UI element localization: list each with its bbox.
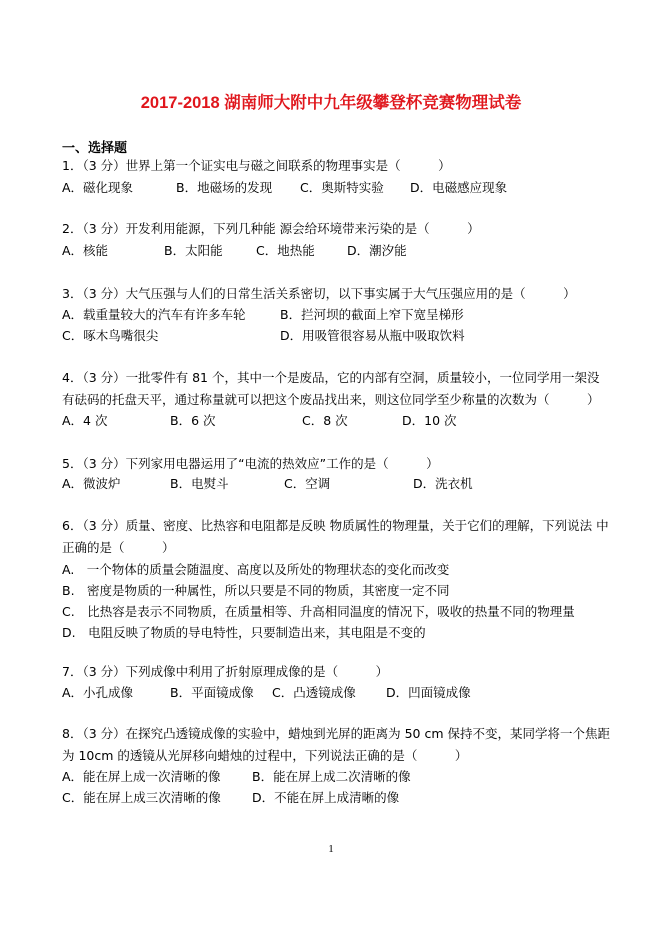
exam-page: 2017-2018 湖南师大附中九年级攀登杯竞赛物理试卷 一、选择题 1．（3 … <box>0 0 662 936</box>
question-1-option-b[interactable]: B．地磁场的发现 <box>176 180 272 196</box>
question-8-option-d[interactable]: D．不能在屏上成清晰的像 <box>252 790 399 806</box>
question-5-option-a[interactable]: A．微波炉 <box>62 476 121 492</box>
question-8-option-b[interactable]: B．能在屏上成二次清晰的像 <box>252 769 411 785</box>
question-6-stem-line-2: 正确的是（ ） <box>62 540 175 556</box>
question-8-option-c[interactable]: C．能在屏上成三次清晰的像 <box>62 790 221 806</box>
question-1-option-c[interactable]: C．奥斯特实验 <box>300 180 384 196</box>
question-7-option-d[interactable]: D．凹面镜成像 <box>386 685 471 701</box>
question-6-option-d[interactable]: D. 电阻反映了物质的导电特性，只要制造出来，其电阻是不变的 <box>62 625 426 641</box>
question-6-option-c[interactable]: C. 比热容是表示不同物质，在质量相等、升高相同温度的情况下，吸收的热量不同的物… <box>62 604 575 620</box>
question-3-option-b[interactable]: B．拦河坝的截面上窄下宽呈梯形 <box>280 307 464 323</box>
question-4-option-c[interactable]: C．8 次 <box>302 413 348 429</box>
question-7-option-c[interactable]: C．凸透镜成像 <box>272 685 356 701</box>
question-4-option-d[interactable]: D．10 次 <box>402 413 457 429</box>
question-2-stem: 2．（3 分）开发利用能源，下列几种能 源会给环境带来污染的是（ ） <box>62 221 480 237</box>
question-3-option-a[interactable]: A．载重量较大的汽车有许多车轮 <box>62 307 246 323</box>
page-number: 1 <box>0 843 662 855</box>
question-1-option-a[interactable]: A．磁化现象 <box>62 180 133 196</box>
question-1-stem: 1．（3 分）世界上第一个证实电与磁之间联系的物理事实是（ ） <box>62 158 451 174</box>
section-heading: 一、选择题 <box>62 137 127 156</box>
question-4-stem-line-1: 4．（3 分）一批零件有 81 个，其中一个是废品，它的内部有空洞，质量较小，一… <box>62 370 599 386</box>
question-2-option-c[interactable]: C．地热能 <box>256 243 315 259</box>
question-3-option-d[interactable]: D．用吸管很容易从瓶中吸取饮料 <box>280 328 465 344</box>
question-7-option-a[interactable]: A．小孔成像 <box>62 685 133 701</box>
question-8-stem-line-1: 8．（3 分）在探究凸透镜成像的实验中，蜡烛到光屏的距离为 50 cm 保持不变… <box>62 726 610 742</box>
question-6-option-a[interactable]: A. 一个物体的质量会随温度、高度以及所处的物理状态的变化而改变 <box>62 562 449 578</box>
question-7-option-b[interactable]: B．平面镜成像 <box>170 685 254 701</box>
question-3-stem: 3．（3 分）大气压强与人们的日常生活关系密切，以下事实属于大气压强应用的是（ … <box>62 286 576 302</box>
question-2-option-a[interactable]: A．核能 <box>62 243 108 259</box>
question-2-option-b[interactable]: B．太阳能 <box>164 243 223 259</box>
question-4-option-b[interactable]: B．6 次 <box>170 413 216 429</box>
question-5-option-c[interactable]: C．空调 <box>284 476 330 492</box>
question-6-stem-line-1: 6．（3 分）质量、密度、比热容和电阻都是反映 物质属性的物理量，关于它们的理解… <box>62 518 609 534</box>
question-4-option-a[interactable]: A．4 次 <box>62 413 107 429</box>
question-6-option-b[interactable]: B. 密度是物质的一种属性，所以只要是不同的物质，其密度一定不同 <box>62 583 450 599</box>
question-2-option-d[interactable]: D．潮汐能 <box>347 243 407 259</box>
question-5-stem: 5．（3 分）下列家用电器运用了“电流的热效应”工作的是（ ） <box>62 456 439 472</box>
question-7-stem: 7．（3 分）下列成像中利用了折射原理成像的是（ ） <box>62 664 388 680</box>
question-8-option-a[interactable]: A．能在屏上成一次清晰的像 <box>62 769 221 785</box>
question-4-stem-line-2: 有砝码的托盘天平，通过称量就可以把这个废品找出来，则这位同学至少称量的次数为（ … <box>62 392 600 408</box>
question-5-option-d[interactable]: D．洗衣机 <box>413 476 473 492</box>
question-3-option-c[interactable]: C．啄木鸟嘴很尖 <box>62 328 158 344</box>
question-5-option-b[interactable]: B．电熨斗 <box>170 476 229 492</box>
exam-title: 2017-2018 湖南师大附中九年级攀登杯竞赛物理试卷 <box>0 89 662 113</box>
question-8-stem-line-2: 为 10cm 的透镜从光屏移向蜡烛的过程中，下列说法正确的是（ ） <box>62 748 467 764</box>
question-1-option-d[interactable]: D．电磁感应现象 <box>410 180 507 196</box>
